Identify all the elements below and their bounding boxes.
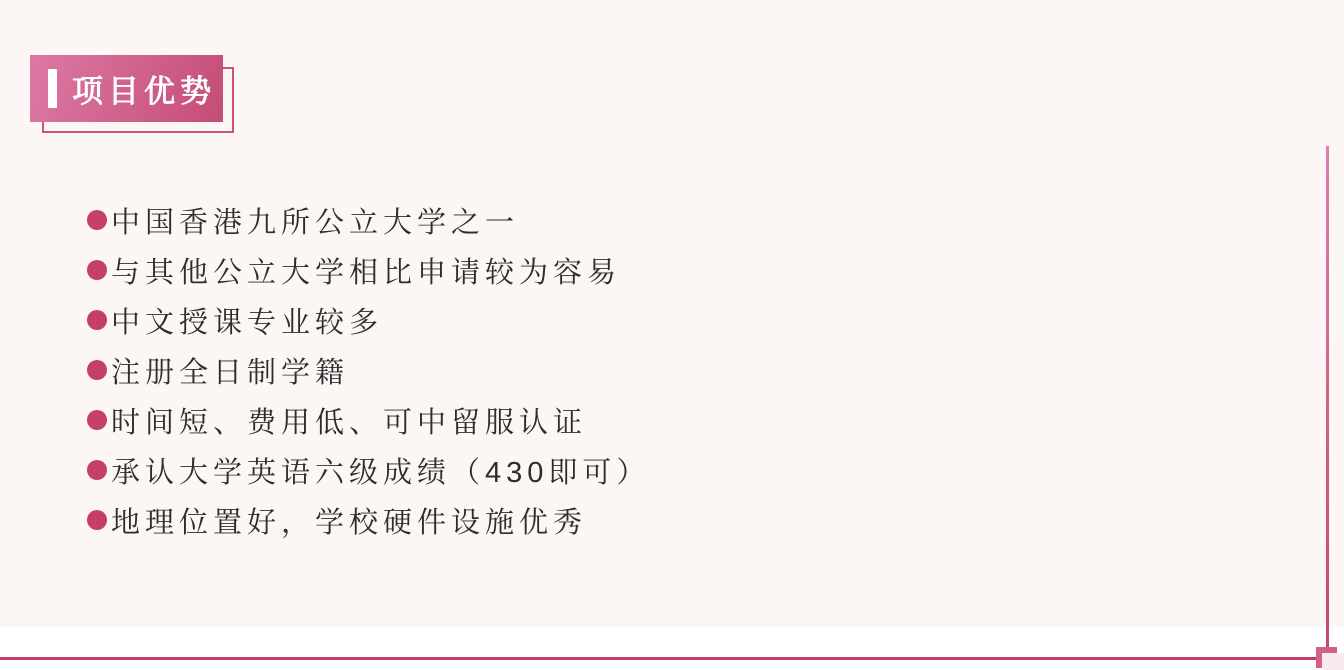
page: 项目优势 中国香港九所公立大学之一 与其他公立大学相比申请较为容易 中文授课专业…	[0, 0, 1344, 670]
bullet-dot-icon	[87, 510, 107, 530]
section-header-badge: 项目优势	[30, 55, 223, 122]
bullet-dot-icon	[87, 410, 107, 430]
list-item-text: 时间短、费用低、可中留服认证	[111, 400, 587, 441]
corner-square-light	[1322, 653, 1344, 670]
bullet-dot-icon	[87, 260, 107, 280]
list-item: 中文授课专业较多	[87, 295, 650, 345]
list-item: 时间短、费用低、可中留服认证	[87, 395, 650, 445]
advantages-list: 中国香港九所公立大学之一 与其他公立大学相比申请较为容易 中文授课专业较多 注册…	[87, 195, 650, 545]
list-item: 中国香港九所公立大学之一	[87, 195, 650, 245]
list-item: 承认大学英语六级成绩（430即可）	[87, 445, 650, 495]
list-item: 注册全日制学籍	[87, 345, 650, 395]
header-accent-bar-icon	[48, 69, 57, 108]
list-item-text: 地理位置好，学校硬件设施优秀	[111, 500, 587, 541]
list-item-text: 中文授课专业较多	[111, 300, 383, 341]
bullet-dot-icon	[87, 210, 107, 230]
bullet-dot-icon	[87, 360, 107, 380]
vertical-decor-line	[1326, 146, 1329, 652]
list-item-text: 与其他公立大学相比申请较为容易	[111, 250, 621, 291]
section-title: 项目优势	[72, 66, 216, 111]
bullet-dot-icon	[87, 460, 107, 480]
list-item-text: 承认大学英语六级成绩（430即可）	[111, 450, 650, 491]
bullet-dot-icon	[87, 310, 107, 330]
list-item-text: 注册全日制学籍	[111, 350, 349, 391]
horizontal-decor-line	[0, 657, 1318, 660]
list-item-text: 中国香港九所公立大学之一	[111, 200, 519, 241]
list-item: 地理位置好，学校硬件设施优秀	[87, 495, 650, 545]
list-item: 与其他公立大学相比申请较为容易	[87, 245, 650, 295]
